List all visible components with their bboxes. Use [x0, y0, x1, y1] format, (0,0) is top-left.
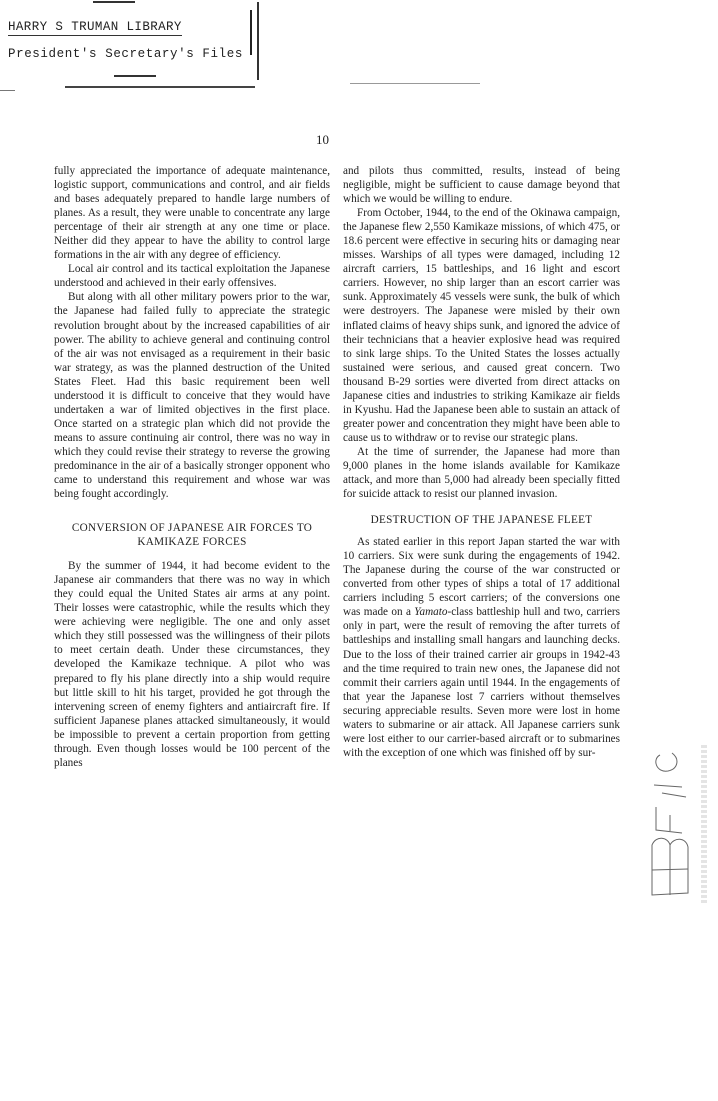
- stamp-rule: [65, 86, 255, 88]
- paragraph: Local air control and its tactical explo…: [54, 262, 330, 290]
- margin-stamp-bleed: [701, 745, 707, 905]
- stamp-mark: [114, 75, 156, 77]
- section-heading: DESTRUCTION OF THE JAPANESE FLEET: [343, 513, 620, 527]
- paragraph: By the summer of 1944, it had become evi…: [54, 559, 330, 770]
- stamp-mark: [93, 1, 135, 3]
- ship-class-name: Yamato: [414, 606, 447, 618]
- section-heading: CONVERSION OF JAPANESE AIR FORCES TO KAM…: [54, 521, 330, 549]
- paragraph: As stated earlier in this report Japan s…: [343, 535, 620, 760]
- paragraph: fully appreciated the importance of adeq…: [54, 164, 330, 262]
- scan-rule: [350, 83, 480, 84]
- stamp-border: [250, 10, 252, 55]
- paragraph-text: -class battleship hull and two, carriers…: [343, 606, 620, 758]
- paragraph: From October, 1944, to the end of the Ok…: [343, 206, 620, 445]
- left-column: fully appreciated the importance of adeq…: [54, 164, 330, 770]
- archive-stamp: HARRY S TRUMAN LIBRARY President's Secre…: [0, 0, 300, 90]
- stamp-rule: [0, 90, 15, 91]
- paragraph: At the time of surrender, the Japanese h…: [343, 445, 620, 501]
- page-number: 10: [316, 132, 329, 148]
- paragraph: But along with all other military powers…: [54, 290, 330, 501]
- paragraph: and pilots thus committed, results, inst…: [343, 164, 620, 206]
- stamp-border: [257, 2, 259, 80]
- right-column: and pilots thus committed, results, inst…: [343, 164, 620, 760]
- margin-stamp-mark: [650, 745, 695, 900]
- stamp-collection-name: President's Secretary's Files: [8, 47, 243, 61]
- stamp-library-name: HARRY S TRUMAN LIBRARY: [8, 20, 182, 36]
